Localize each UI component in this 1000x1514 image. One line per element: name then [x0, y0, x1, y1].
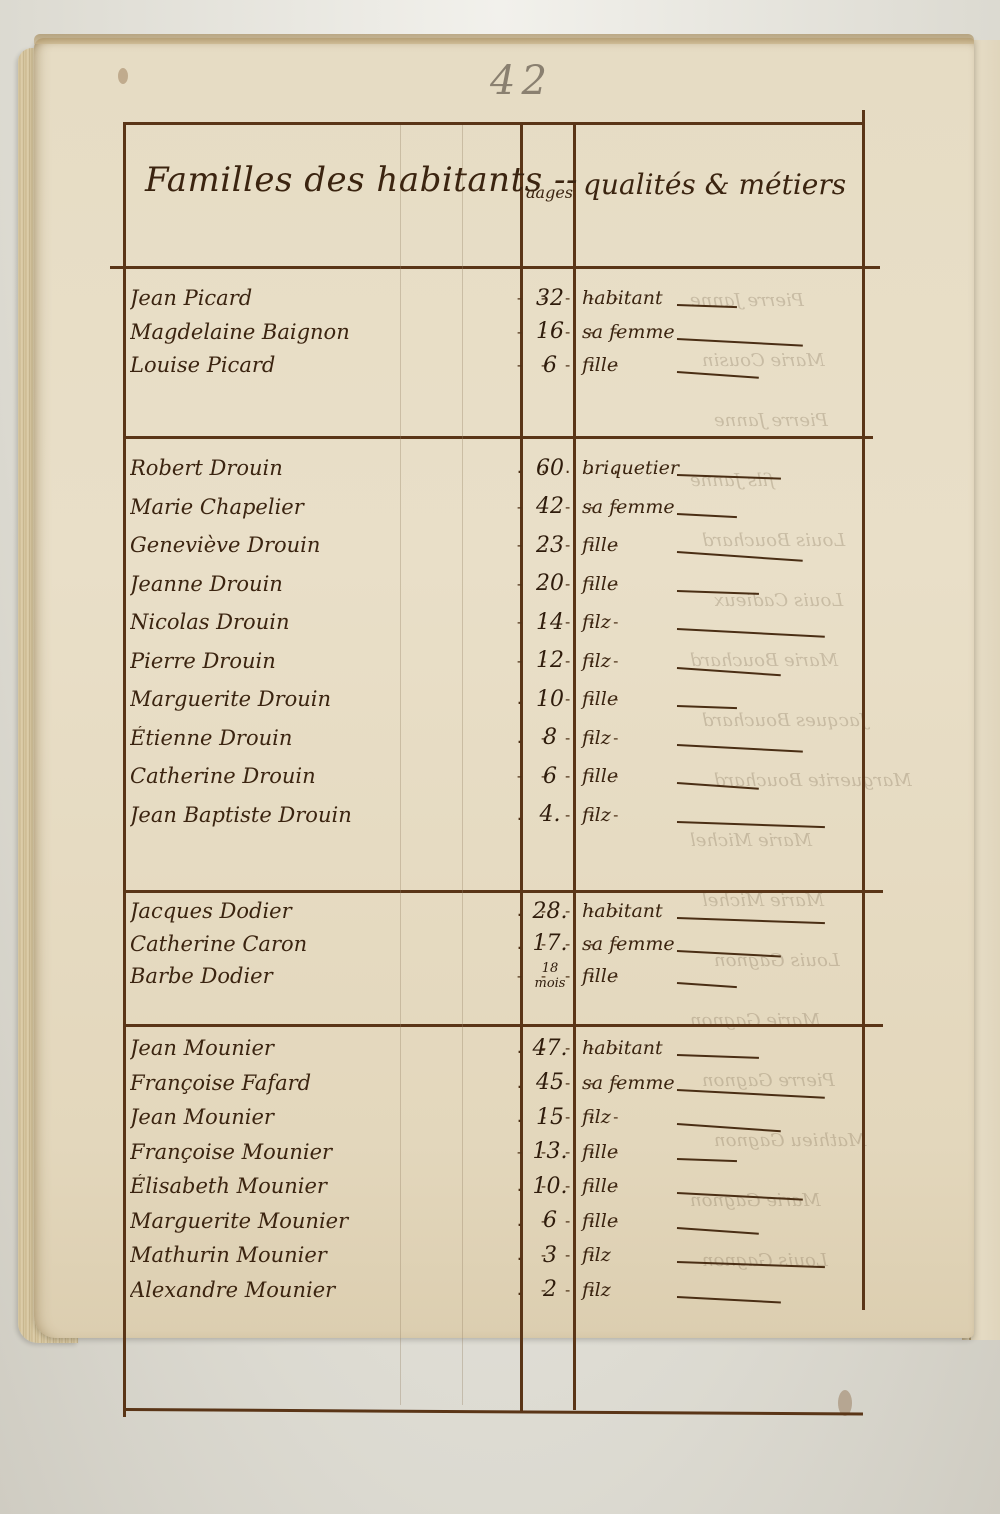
member-quality: fille: [582, 765, 618, 787]
bleed-through-text: Marie Michel: [690, 830, 812, 851]
table-row: Catherine Drouin - - - - - - 6 fille: [130, 758, 880, 794]
table-row: Louise Picard - - - - - - 6 fille: [130, 347, 880, 383]
member-quality: filz: [582, 804, 611, 826]
member-age: 8: [525, 725, 575, 750]
member-quality: habitant: [582, 287, 663, 309]
member-age: 18 mois: [525, 961, 575, 991]
member-name: Barbe Dodier: [130, 964, 515, 988]
member-quality: filz: [582, 1279, 611, 1301]
member-quality: sa femme: [582, 496, 675, 518]
member-quality: sa femme: [582, 321, 675, 343]
member-name: Jean Mounier: [130, 1105, 515, 1129]
table-row: Jean Mounier . - - - - - - 47. habitant: [130, 1030, 880, 1066]
member-quality: fille: [582, 688, 618, 710]
member-age: 2: [525, 1277, 575, 1302]
table-row: Jeanne Drouin - - - - - - 20 fille: [130, 566, 880, 602]
table-row: Marguerite Drouin . - - - - 10 fille: [130, 681, 880, 717]
member-quality: fille: [582, 1141, 618, 1163]
table-row: Jacques Dodier . - - - - - - 28. habitan…: [130, 893, 880, 929]
member-quality: sa femme: [582, 933, 675, 955]
member-name: Alexandre Mounier: [130, 1278, 515, 1302]
member-name: Pierre Drouin: [130, 649, 515, 673]
member-name: Étienne Drouin: [130, 726, 515, 750]
member-quality: fille: [582, 573, 618, 595]
table-row: Marie Chapelier - - - - - - 42 sa femme: [130, 489, 880, 525]
member-age: 60: [525, 456, 575, 481]
member-age: 10.: [525, 1174, 575, 1199]
member-age: 6: [525, 764, 575, 789]
member-quality: habitant: [582, 900, 663, 922]
member-age: 45: [525, 1070, 575, 1095]
header-ages: aages: [526, 183, 573, 202]
member-quality: fille: [582, 534, 618, 556]
member-name: Magdelaine Baignon: [130, 320, 515, 344]
member-age: 20: [525, 571, 575, 596]
member-name: Mathurin Mounier: [130, 1243, 515, 1267]
page-top-edge: [34, 34, 974, 44]
member-name: Louise Picard: [130, 353, 515, 377]
member-age: 6: [525, 1208, 575, 1233]
member-age: 14: [525, 610, 575, 635]
member-name: Geneviève Drouin: [130, 533, 515, 557]
member-name: Jean Baptiste Drouin: [130, 803, 515, 827]
member-quality: filz: [582, 650, 611, 672]
family-divider-1: [123, 436, 873, 439]
member-quality: fille: [582, 965, 618, 987]
table-row: Élisabeth Mounier . - - - - 10. fille: [130, 1168, 880, 1204]
member-age: 32: [525, 286, 575, 311]
member-age: 6: [525, 353, 575, 378]
table-row: Barbe Dodier - - - - - - - 18 mois fille: [130, 958, 880, 994]
member-name: Françoise Mounier: [130, 1140, 515, 1164]
member-age: 4.: [525, 802, 575, 827]
member-name: Nicolas Drouin: [130, 610, 515, 634]
member-age: 47.: [525, 1036, 575, 1061]
table-row: Jean Baptiste Drouin . - - - - - 4. filz: [130, 797, 880, 833]
table-top-rule: [123, 122, 863, 125]
member-name: Jean Picard: [130, 286, 515, 310]
member-name: Catherine Drouin: [130, 764, 515, 788]
member-quality: filz: [582, 727, 611, 749]
member-quality: filz: [582, 611, 611, 633]
member-quality: fille: [582, 354, 618, 376]
member-name: Marie Chapelier: [130, 495, 515, 519]
member-quality: filz: [582, 1244, 611, 1266]
page-number: 42: [490, 58, 550, 104]
member-age: 10: [525, 687, 575, 712]
family-divider-3: [123, 1024, 883, 1027]
member-age: 42: [525, 494, 575, 519]
member-quality: fille: [582, 1175, 618, 1197]
header-qualities: qualités & métiers: [583, 168, 846, 201]
member-name: Jeanne Drouin: [130, 572, 515, 596]
member-name: Françoise Fafard: [130, 1071, 515, 1095]
table-row: Nicolas Drouin - - - - - - 14 filz: [130, 604, 880, 640]
member-name: Marguerite Drouin: [130, 687, 515, 711]
stain-top-left: [118, 68, 128, 84]
member-quality: sa femme: [582, 1072, 675, 1094]
table-row: Jean Picard - - - - - - - 32 habitant: [130, 280, 880, 316]
member-quality: filz: [582, 1106, 611, 1128]
member-age: 17.: [525, 931, 575, 956]
member-name: Robert Drouin: [130, 456, 515, 480]
table-row: Mathurin Mounier . - - - 3 filz: [130, 1237, 880, 1273]
member-name: Jacques Dodier: [130, 899, 515, 923]
bleed-through-text: Pierre Janne: [714, 410, 828, 431]
member-age: 23: [525, 533, 575, 558]
member-age: 12: [525, 648, 575, 673]
member-age: 28.: [525, 899, 575, 924]
member-name: Élisabeth Mounier: [130, 1174, 515, 1198]
header-bottom-rule: [110, 266, 880, 269]
member-quality: briquetier: [582, 457, 679, 479]
member-name: Catherine Caron: [130, 932, 515, 956]
table-row: Marguerite Mounier . - - - - 6 fille: [130, 1203, 880, 1239]
bleed-through-text: Marie Gagnon: [690, 1010, 821, 1031]
member-age: 16: [525, 319, 575, 344]
member-age: 15: [525, 1105, 575, 1130]
table-row: Robert Drouin . . . . . . 60 briquetier: [130, 450, 880, 486]
member-name: Marguerite Mounier: [130, 1209, 515, 1233]
table-left-rule: [123, 122, 126, 1417]
member-name: Jean Mounier: [130, 1036, 515, 1060]
member-quality: habitant: [582, 1037, 663, 1059]
member-age: 13.: [525, 1139, 575, 1164]
header-families: Familles des habitants --: [145, 160, 578, 200]
table-row: Françoise Mounier - - - - - - 13. fille: [130, 1134, 880, 1170]
member-quality: fille: [582, 1210, 618, 1232]
member-age: 3: [525, 1243, 575, 1268]
